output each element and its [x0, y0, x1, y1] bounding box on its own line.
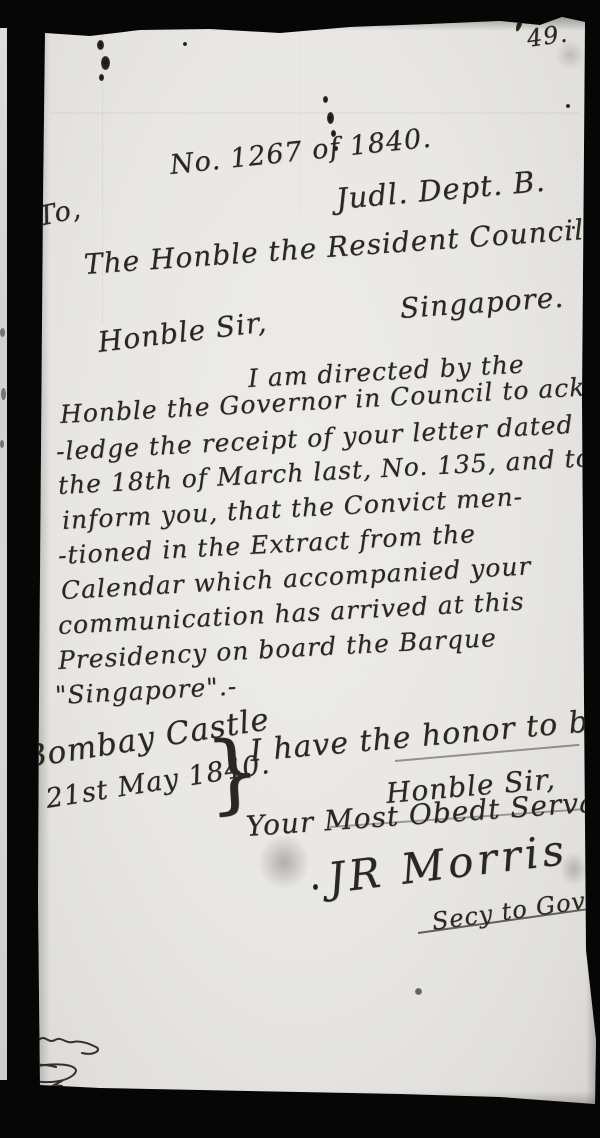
- ink-blot: [334, 146, 338, 151]
- fold-crease: [300, 33, 301, 213]
- edge-ink-mark: [0, 440, 4, 448]
- ink-blot: [572, 226, 575, 229]
- stain-smudge: [555, 40, 585, 70]
- adjacent-page-edge: [0, 28, 7, 1080]
- letter-page: 49. No. 1267 of 1840. Judl. Dept. B. To,…: [0, 0, 600, 1138]
- stain-smudge: [560, 852, 588, 886]
- ink-blot: [415, 988, 422, 995]
- ink-blot: [101, 56, 110, 70]
- ink-blot: [327, 112, 334, 124]
- edge-ink-mark: [0, 328, 5, 337]
- ink-blot: [99, 74, 104, 81]
- edge-ink-mark: [1, 388, 6, 400]
- ink-blot: [323, 96, 328, 103]
- fold-crease: [50, 112, 580, 114]
- stain-smudge: [258, 834, 310, 890]
- ink-blot: [331, 130, 336, 137]
- ink-blot: [97, 40, 104, 50]
- document-scan: 49. No. 1267 of 1840. Judl. Dept. B. To,…: [0, 0, 600, 1138]
- ink-blot: [313, 884, 318, 890]
- ink-blot: [566, 104, 570, 108]
- ink-blot: [183, 42, 187, 46]
- marginal-scribble: [8, 1018, 128, 1096]
